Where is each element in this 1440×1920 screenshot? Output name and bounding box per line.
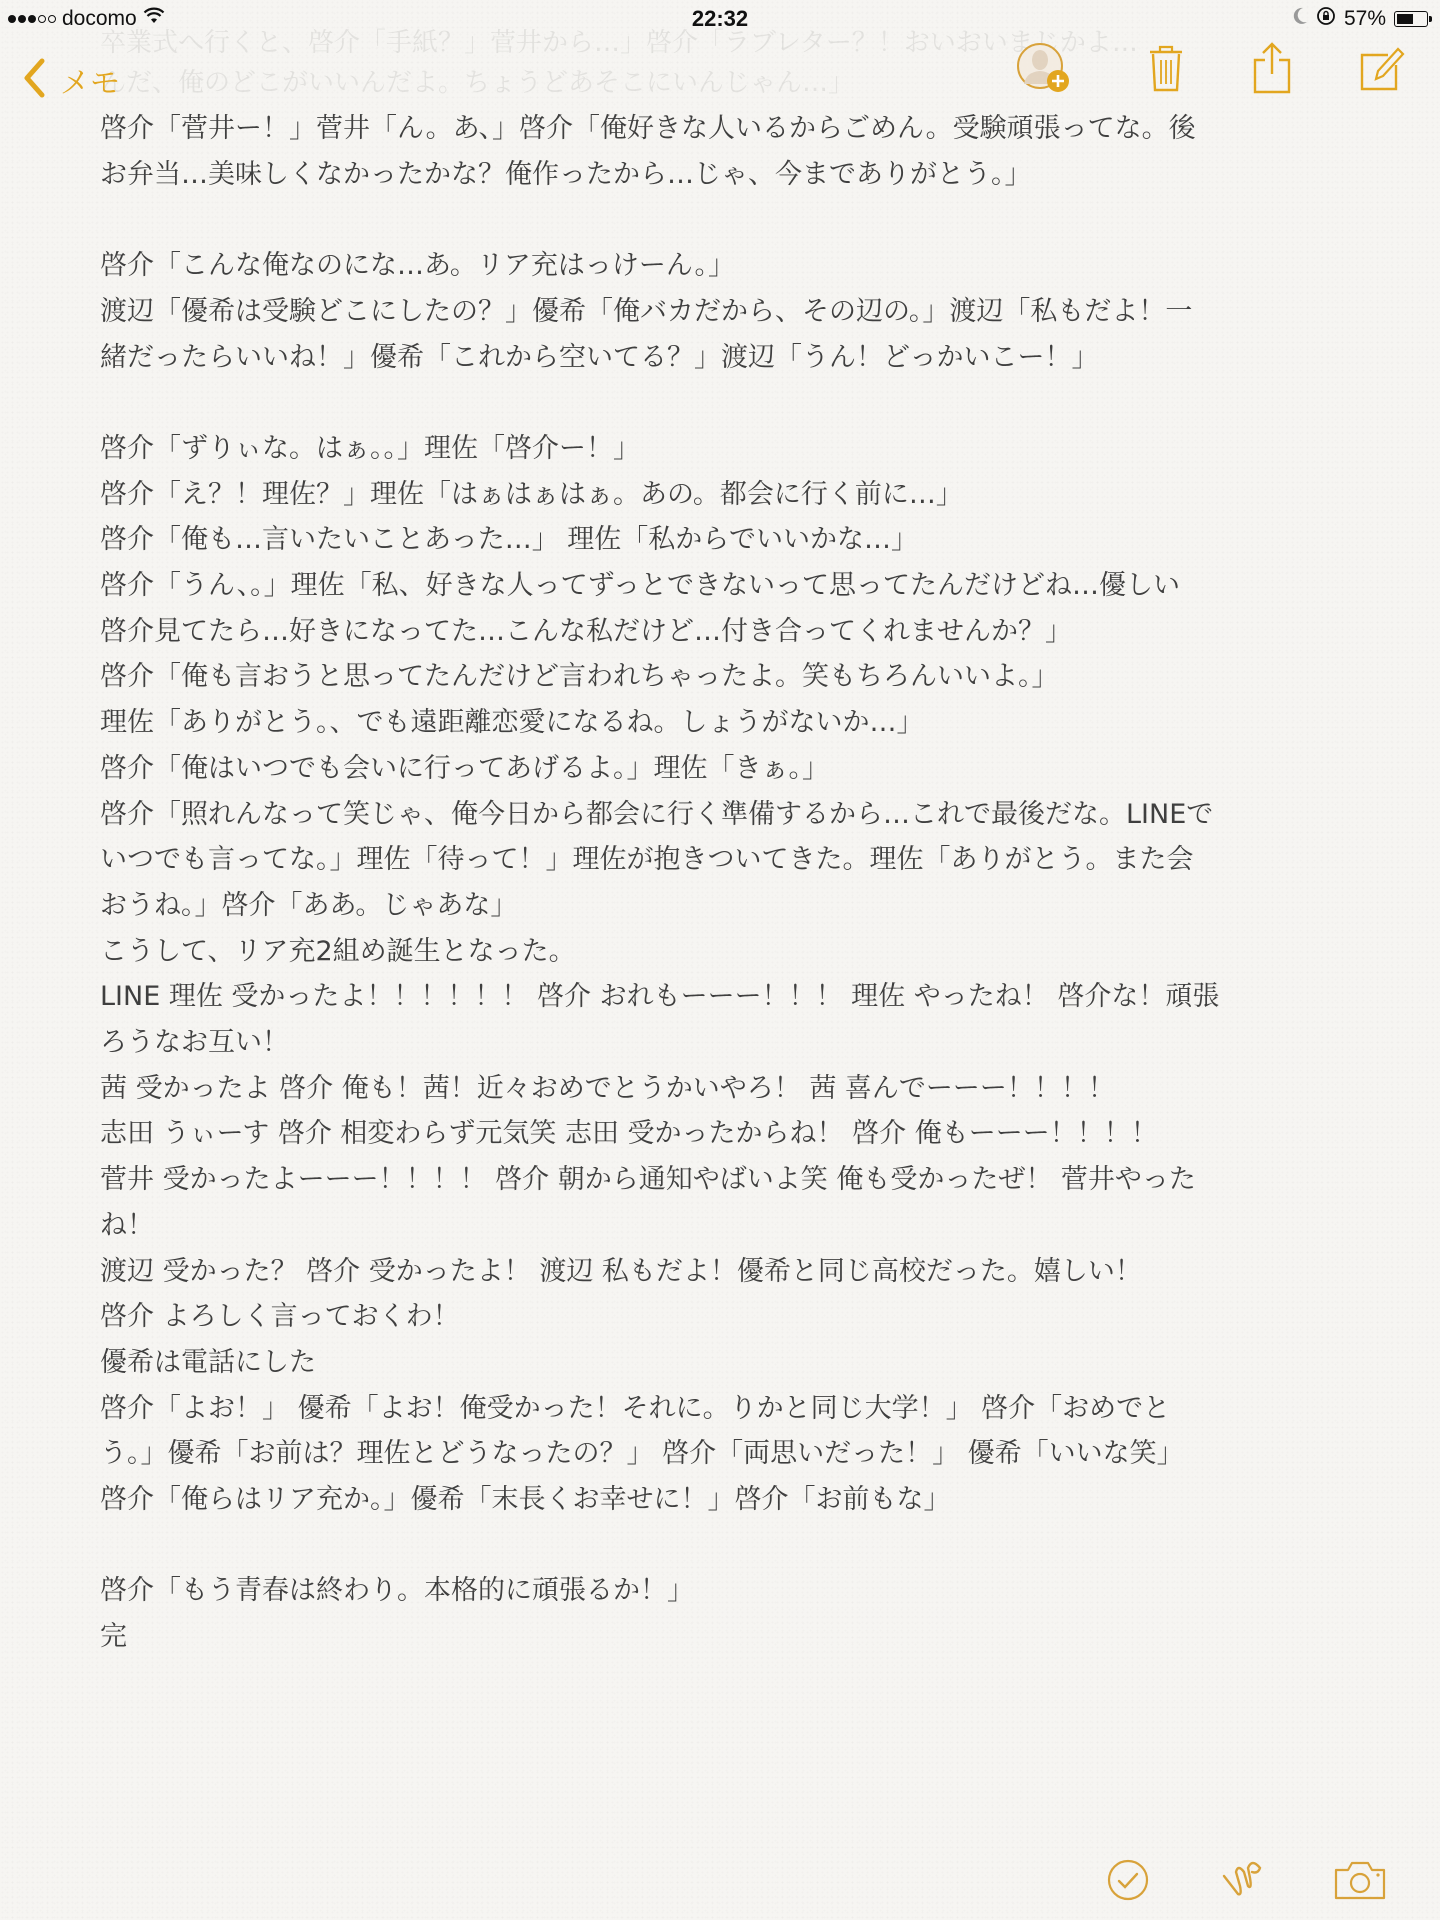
note-line: 啓介「俺も言おうと思ってたんだけど言われちゃったよ。笑もちろんいいよ。」 [100, 654, 1340, 700]
note-line: おうね。」啓介「ああ。じゃあな」 [100, 883, 1340, 929]
note-line: 啓介「俺も…言いたいことあった…」 理佐「私からでいいかな…」 [100, 517, 1340, 563]
chevron-left-icon [22, 58, 46, 102]
sketch-button[interactable] [1216, 1854, 1272, 1910]
trash-icon [1146, 42, 1186, 98]
nav-bar: メモ [0, 40, 1440, 120]
note-line: 啓介「うん、。」理佐「私、好きな人ってずっとできないって思ってたんだけどね…優し… [100, 563, 1340, 609]
note-line: 菅井 受かったよーーー！！！！ 啓介 朝から通知やばいよ笑 俺も受かったぜ！ 菅… [100, 1157, 1340, 1203]
share-icon [1251, 40, 1293, 100]
add-person-button[interactable] [1014, 40, 1074, 100]
note-line: 渡辺「優希は受験どこにしたの？」優希「俺バカだから、その辺の。」渡辺「私もだよ！… [100, 289, 1340, 335]
note-line: 啓介「こんな俺なのにな…あ。リア充はっけーん。」 [100, 243, 1340, 289]
note-line: 優希は電話にした [100, 1340, 1340, 1386]
moon-icon [1292, 7, 1308, 31]
note-line: 啓介 よろしく言っておくわ！ [100, 1294, 1340, 1340]
note-line: う。」優希「お前は？理佐とどうなったの？」 啓介「両思いだった！」 優希「いいな… [100, 1431, 1340, 1477]
checklist-icon [1106, 1858, 1150, 1906]
status-bar: docomo 22:32 57% [0, 0, 1440, 40]
back-button[interactable]: メモ [22, 58, 120, 102]
note-line [100, 197, 1340, 243]
note-line: 啓介「ずりぃな。はぁ。。」理佐「啓介ー！」 [100, 426, 1340, 472]
note-line: 緒だったらいいね！」優希「これから空いてる？」渡辺「うん！どっかいこー！」 [100, 335, 1340, 381]
note-line: 啓介「俺らはリア充か。」優希「末長くお幸せに！」啓介「お前もな」 [100, 1477, 1340, 1523]
compose-icon [1358, 43, 1406, 97]
note-line [100, 1523, 1340, 1569]
back-label: メモ [60, 58, 120, 102]
camera-icon [1332, 1858, 1388, 1906]
note-line: お弁当…美味しくなかったかな？俺作ったから…じゃ、今までありがとう。」 [100, 152, 1340, 198]
rotation-lock-icon [1316, 6, 1336, 32]
compose-button[interactable] [1352, 40, 1412, 100]
note-line: 啓介「よお！」 優希「よお！俺受かった！それに。りかと同じ大学！」 啓介「おめで… [100, 1386, 1340, 1432]
note-line: ね！ [100, 1203, 1340, 1249]
note-line [100, 380, 1340, 426]
note-line: 啓介「もう青春は終わり。本格的に頑張るか！」 [100, 1568, 1340, 1614]
note-line: いつでも言ってな。」理佐「待って！」理佐が抱きついてきた。理佐「ありがとう。また… [100, 837, 1340, 883]
note-line: 啓介見てたら…好きになってた…こんな私だけど…付き合ってくれませんか？」 [100, 609, 1340, 655]
add-person-icon [1014, 40, 1074, 100]
battery-icon [1394, 11, 1428, 27]
checklist-button[interactable] [1100, 1854, 1156, 1910]
note-line: 茜 受かったよ 啓介 俺も！茜！近々おめでとうかいやろ！ 茜 喜んでーーー！！！… [100, 1066, 1340, 1112]
note-line: LINE 理佐 受かったよ！！！！！！ 啓介 おれもーーー！！！ 理佐 やったね… [100, 974, 1340, 1020]
battery-percent: 57% [1344, 7, 1386, 31]
camera-button[interactable] [1332, 1854, 1388, 1910]
bottom-toolbar [0, 1840, 1440, 1920]
note-line: こうして、リア充2組め誕生となった。 [100, 929, 1340, 975]
note-line: 啓介「え？！理佐？」理佐「はぁはぁはぁ。あの。都会に行く前に…」 [100, 472, 1340, 518]
status-time: 22:32 [0, 6, 1440, 32]
sketch-icon [1220, 1856, 1268, 1908]
delete-button[interactable] [1136, 40, 1196, 100]
note-line: 理佐「ありがとう。、でも遠距離恋愛になるね。しょうがないか…」 [100, 700, 1340, 746]
note-body[interactable]: 啓介「菅井ー！」菅井「ん。あ、」啓介「俺好きな人いるからごめん。受験頑張ってな。… [100, 106, 1340, 1660]
share-button[interactable] [1242, 40, 1302, 100]
note-line: 啓介「照れんなって笑じゃ、俺今日から都会に行く準備するから…これで最後だな。LI… [100, 792, 1340, 838]
note-line: 啓介「俺はいつでも会いに行ってあげるよ。」理佐「きぁ。」 [100, 746, 1340, 792]
status-right: 57% [1292, 6, 1428, 32]
note-line: 志田 うぃーす 啓介 相変わらず元気笑 志田 受かったからね！ 啓介 俺もーーー… [100, 1111, 1340, 1157]
note-line: ろうなお互い！ [100, 1020, 1340, 1066]
note-line: 完 [100, 1614, 1340, 1660]
note-line: 渡辺 受かった？ 啓介 受かったよ！ 渡辺 私もだよ！優希と同じ高校だった。嬉し… [100, 1249, 1340, 1295]
